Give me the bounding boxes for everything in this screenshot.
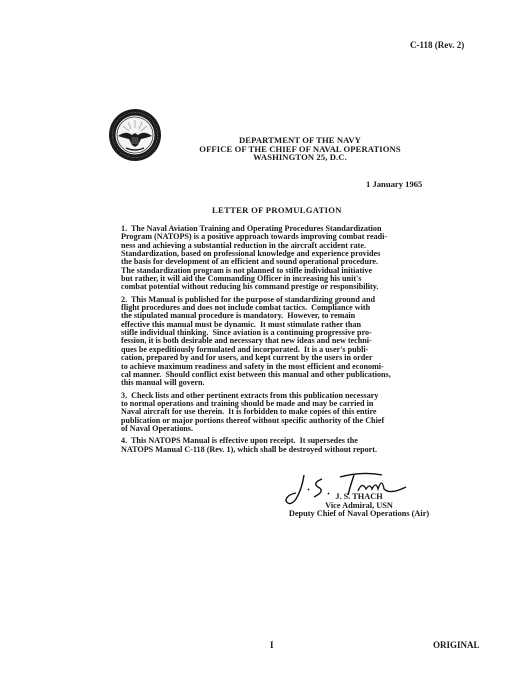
paragraph-line: NATOPS Manual C-118 (Rev. 1), which shal… [121, 446, 471, 454]
paragraph-2: 2. This Manual is published for the purp… [121, 296, 471, 388]
footer-status: ORIGINAL [433, 640, 480, 650]
dod-seal-icon [108, 108, 162, 162]
letterhead-line: WASHINGTON 25, D.C. [160, 153, 440, 162]
document-code: C-118 (Rev. 2) [410, 40, 464, 50]
letterhead: DEPARTMENT OF THE NAVY OFFICE OF THE CHI… [160, 136, 440, 162]
paragraph-1: 1. The Naval Aviation Training and Opera… [121, 225, 471, 292]
paragraph-3: 3. Check lists and other pertinent extra… [121, 392, 471, 434]
paragraph-line: this manual will govern. [121, 379, 471, 387]
page-number: I [270, 640, 274, 650]
paragraph-4: 4. This NATOPS Manual is effective upon … [121, 437, 471, 454]
paragraph-line: of Naval Operations. [121, 425, 471, 433]
signatory-position: Deputy Chief of Naval Operations (Air) [264, 510, 454, 519]
letter-title: LETTER OF PROMULGATION [212, 205, 342, 215]
paragraph-line: combat potential without reducing his co… [121, 283, 471, 291]
letter-date: 1 January 1965 [366, 179, 422, 189]
signature-block: J. S. THACH Vice Admiral, USN Deputy Chi… [264, 493, 454, 519]
letter-body: 1. The Naval Aviation Training and Opera… [121, 225, 471, 458]
